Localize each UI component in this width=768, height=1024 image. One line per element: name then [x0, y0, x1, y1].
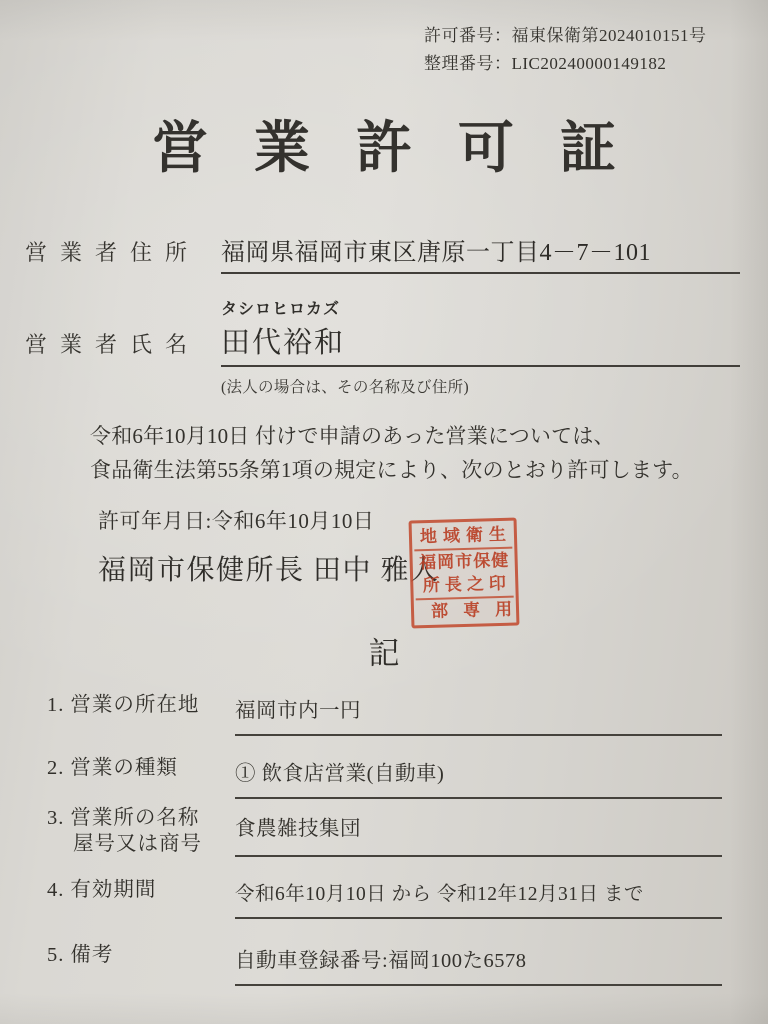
official-seal-stamp: 地域衛生 福岡市保健 所長之印 部専用 — [409, 518, 520, 629]
document-title: 営業許可証 — [0, 104, 768, 184]
operator-name-block: タシロヒロカズ 営業者氏名 田代裕和 (法人の場合は、その名称及び住所) — [25, 296, 740, 397]
operator-name-label: 営業者氏名 — [25, 328, 221, 359]
item-label: 2.営業の種類 — [47, 756, 235, 782]
item-label-text: 備考 — [70, 944, 113, 966]
item-label: 1.営業の所在地 — [47, 693, 235, 719]
item-value: 食農雑技集団 — [235, 811, 722, 857]
reference-number-label: 整理番号： — [424, 54, 512, 73]
item-number: 3. — [47, 806, 64, 832]
stamp-line-4: 部専用 — [416, 595, 515, 623]
item-label-line1: 3.営業所の名称 — [47, 806, 235, 832]
item-number: 1. — [47, 693, 64, 719]
operator-name-row: 営業者氏名 田代裕和 — [25, 320, 740, 367]
operator-address-row: 営業者住所 福岡県福岡市東区唐原一丁目4－7－101 — [25, 232, 740, 274]
item-label-line2: 屋号又は商号 — [47, 832, 235, 858]
item-label-text: 営業の所在地 — [70, 694, 199, 716]
header-numbers: 許可番号：福東保衛第2024010151号 整理番号：LIC2024000014… — [424, 22, 707, 78]
operator-address-label: 営業者住所 — [25, 236, 221, 267]
permit-statement-line1: 令和6年10月10日 付けで申請のあった営業については、 — [90, 420, 738, 454]
item-number: 4. — [47, 878, 64, 904]
item-label-text: 有効期間 — [70, 879, 156, 901]
permit-certificate-page: 許可番号：福東保衛第2024010151号 整理番号：LIC2024000014… — [0, 0, 768, 1024]
item-remarks: 5.備考 自動車登録番号:福岡100た6578 — [47, 943, 722, 986]
item-number: 2. — [47, 756, 64, 782]
reference-number-line: 整理番号：LIC20240000149182 — [424, 50, 707, 78]
permit-date-line: 許可年月日:令和6年10月10日 — [98, 505, 374, 535]
operator-name-note: (法人の場合は、その名称及び住所) — [221, 375, 740, 397]
item-label: 4.有効期間 — [47, 878, 235, 904]
item-label: 3.営業所の名称 屋号又は商号 — [47, 806, 235, 857]
item-value: 令和6年10月10日 から 令和12年12月31日 まで — [235, 878, 722, 919]
item-value: 福岡市内一円 — [235, 693, 722, 736]
reference-number-value: LIC20240000149182 — [512, 54, 667, 73]
item-business-name: 3.営業所の名称 屋号又は商号 食農雑技集団 — [47, 806, 722, 857]
item-label-text: 営業の種類 — [70, 757, 178, 779]
item-business-location: 1.営業の所在地 福岡市内一円 — [47, 693, 722, 736]
permit-number-label: 許可番号： — [424, 26, 512, 45]
item-number: 5. — [47, 943, 64, 969]
item-validity-period: 4.有効期間 令和6年10月10日 から 令和12年12月31日 まで — [47, 878, 722, 919]
stamp-line-2: 福岡市保健 — [414, 548, 513, 574]
permit-number-value: 福東保衛第2024010151号 — [512, 26, 707, 45]
operator-name-value: 田代裕和 — [221, 320, 740, 367]
operator-address-value: 福岡県福岡市東区唐原一丁目4－7－101 — [221, 232, 740, 274]
item-value: 自動車登録番号:福岡100た6578 — [235, 943, 722, 986]
operator-name-furigana: タシロヒロカズ — [221, 296, 740, 319]
section-marker-ki: 記 — [0, 628, 768, 673]
permit-statement: 令和6年10月10日 付けで申請のあった営業については、 食品衛生法第55条第1… — [90, 420, 738, 487]
item-label: 5.備考 — [47, 943, 235, 969]
issuer-line: 福岡市保健所長 田中 雅人 — [98, 548, 440, 588]
stamp-line-1: 地域衛生 — [414, 523, 513, 551]
permit-statement-line2: 食品衛生法第55条第1項の規定により、次のとおり許可します。 — [90, 454, 738, 488]
item-business-type: 2.営業の種類 ① 飲食店営業(自動車) — [47, 756, 722, 799]
permit-number-line: 許可番号：福東保衛第2024010151号 — [424, 22, 707, 50]
item-label-text: 営業所の名称 — [70, 807, 199, 829]
item-value: ① 飲食店営業(自動車) — [235, 756, 722, 799]
stamp-line-3: 所長之印 — [415, 572, 514, 598]
